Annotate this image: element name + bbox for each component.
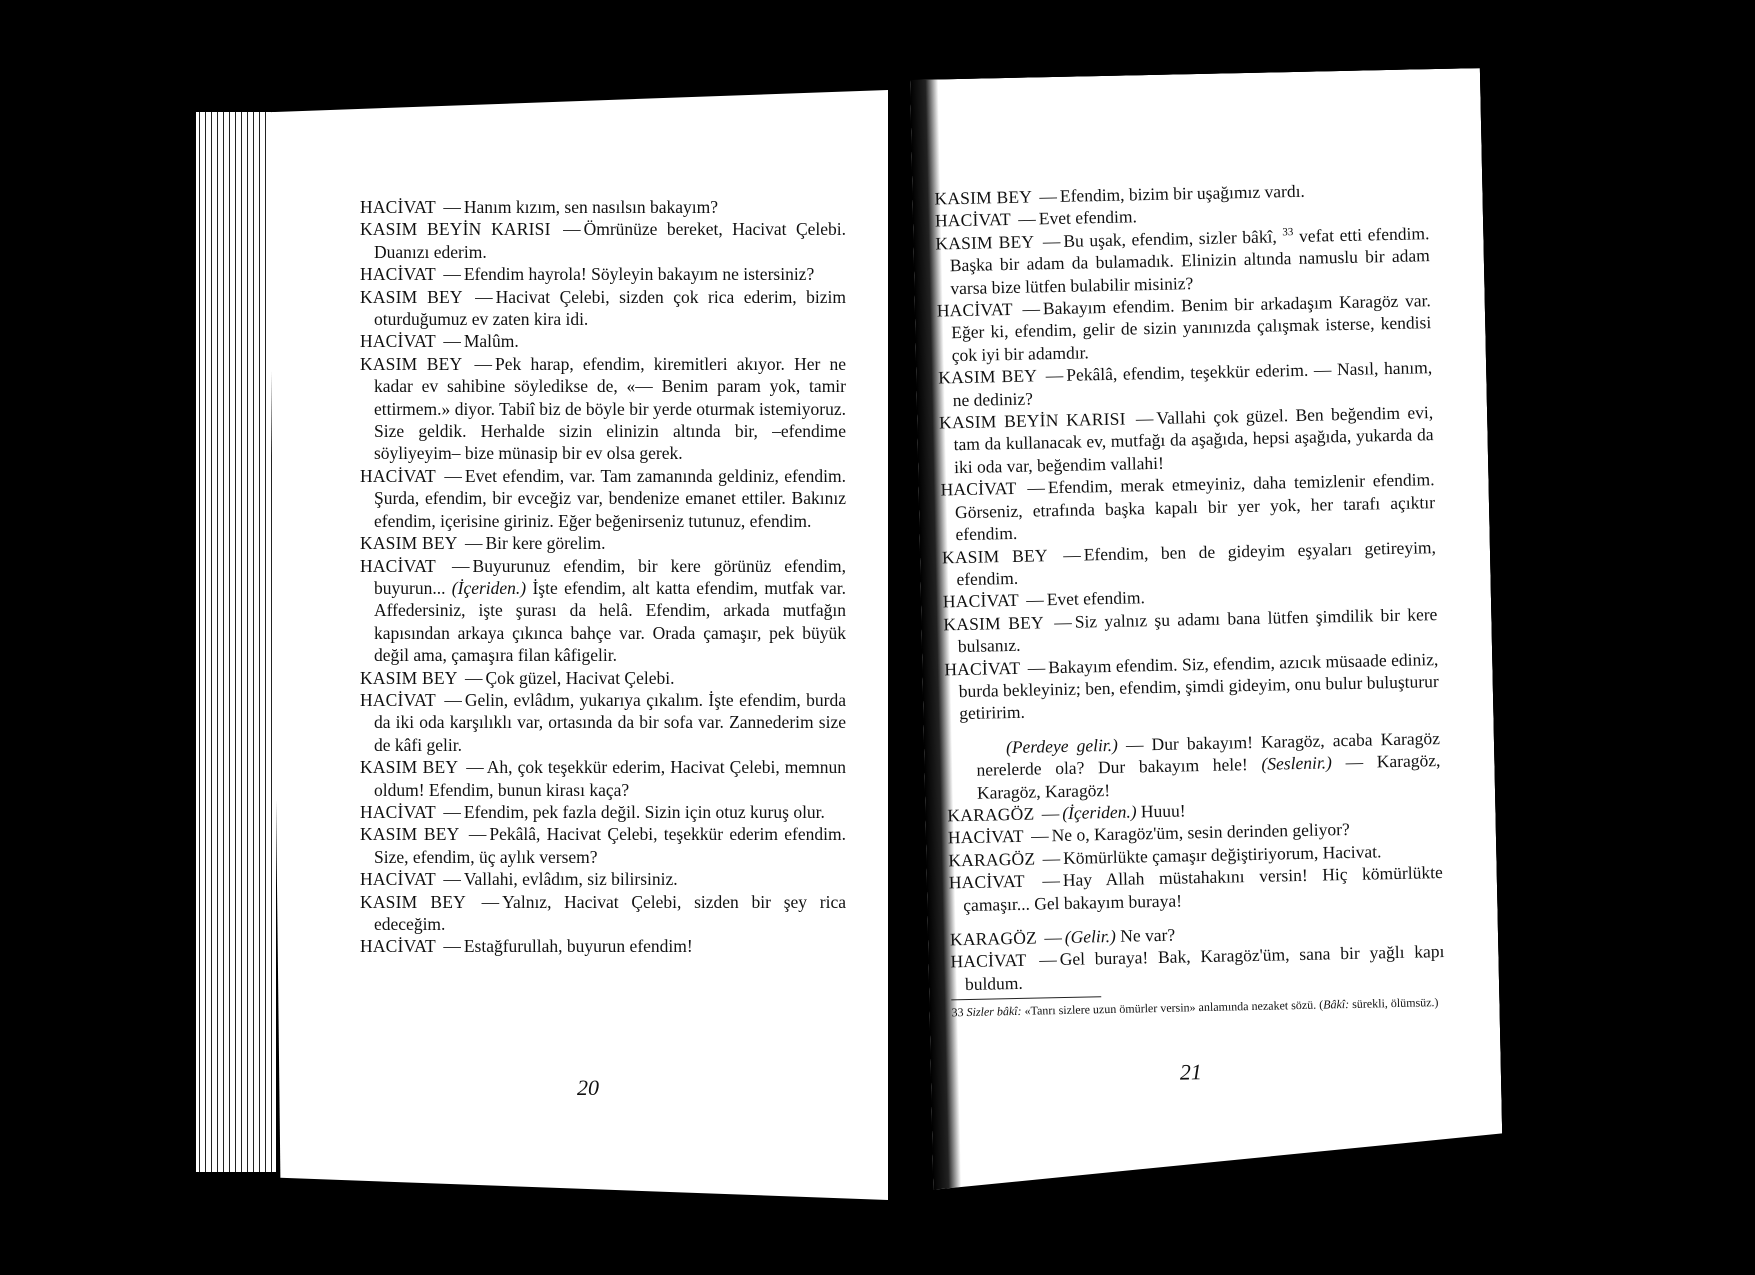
- speaker-name: KASIM BEYİN KARISI: [360, 219, 551, 239]
- dialogue-line: HACİVAT —Estağfurullah, buyurun efendim!: [360, 935, 846, 957]
- em-dash: —: [1063, 544, 1081, 564]
- speaker-name: KASIM BEY: [935, 231, 1034, 253]
- speech-text: Çok güzel, Hacivat Çelebi.: [485, 668, 674, 688]
- speech-text-continued: İşte efendim, alt katta efendim, mutfak …: [374, 578, 846, 665]
- em-dash: —: [443, 936, 461, 956]
- em-dash: —: [444, 690, 462, 710]
- em-dash: —: [452, 556, 470, 576]
- speaker-name: KARAGÖZ: [947, 804, 1034, 826]
- em-dash: —: [469, 824, 487, 844]
- speaker-name: HACİVAT: [360, 690, 436, 710]
- speaker-name: HACİVAT: [950, 950, 1026, 972]
- page-number-left: 20: [558, 1075, 618, 1101]
- em-dash: —: [443, 197, 461, 217]
- stage-note: (İçeriden.): [452, 578, 526, 598]
- em-dash: —: [563, 219, 581, 239]
- speech-text-continued: Ne var?: [1120, 925, 1175, 946]
- dialogue-line: KASIM BEYİN KARISI —Ömrünüze bereket, Ha…: [360, 218, 846, 263]
- em-dash: —: [1026, 590, 1044, 610]
- speaker-name: HACİVAT: [360, 331, 436, 351]
- em-dash: —: [1054, 611, 1072, 631]
- dialogue-line: HACİVAT —Buyurunuz efendim, bir kere gör…: [360, 555, 846, 667]
- dialogue-line: HACİVAT —Efendim hayrola! Söyleyin bakay…: [360, 263, 846, 285]
- speech-text: Efendim hayrola! Söyleyin bakayım ne ist…: [464, 264, 814, 284]
- speaker-name: KASIM BEYİN KARISI: [939, 409, 1126, 433]
- em-dash: —: [443, 264, 461, 284]
- dialogue-line: KASIM BEY —Bir kere görelim.: [360, 532, 846, 554]
- em-dash: —: [1039, 186, 1057, 206]
- speech-text: Vallahi, evlâdım, siz bilirsiniz.: [464, 869, 678, 889]
- dialogue-line: HACİVAT —Hanım kızım, sen nasılsın bakay…: [360, 196, 846, 218]
- em-dash: —: [1136, 408, 1154, 428]
- dialogue-line: HACİVAT —Efendim, merak etmeyiniz, daha …: [940, 468, 1435, 546]
- stage-note: (İçeriden.): [1062, 801, 1137, 823]
- dialogue-line: HACİVAT —Gelin, evlâdım, yukarıya çıkalı…: [360, 689, 846, 756]
- footnote-number: 33: [951, 1005, 963, 1019]
- speaker-name: KASIM BEY: [934, 186, 1032, 208]
- dialogue-line: KASIM BEY —Yalnız, Hacivat Çelebi, sizde…: [360, 891, 846, 936]
- speaker-name: HACİVAT: [943, 590, 1019, 612]
- speech-text: Hay Allah müstahakını versin! Hiç kömürl…: [963, 862, 1443, 914]
- stage-note: (Seslenir.): [1261, 752, 1332, 773]
- dialogue-line: HACİVAT —Evet efendim, var. Tam zamanınd…: [360, 465, 846, 532]
- page-number-right: 21: [1161, 1059, 1222, 1086]
- footnote-gloss: sürekli, ölümsüz.: [1352, 995, 1435, 1011]
- speaker-name: HACİVAT: [935, 209, 1011, 231]
- speaker-name: KASIM BEY: [360, 892, 466, 912]
- speaker-name: HACİVAT: [360, 197, 436, 217]
- dialogue-line: HACİVAT —Bakayım efendim. Siz, efendim, …: [944, 648, 1439, 726]
- stage-note: (Gelir.): [1065, 926, 1116, 947]
- em-dash: —: [1027, 478, 1045, 498]
- dialogue-line: KASIM BEY —Ah, çok teşekkür ederim, Haci…: [360, 756, 846, 801]
- em-dash: —: [443, 331, 461, 351]
- speaker-name: KASIM BEY: [360, 287, 463, 307]
- em-dash: —: [1043, 231, 1061, 251]
- speech-text: Evet efendim.: [1039, 207, 1138, 229]
- footnote-gloss-term: Bâkî:: [1323, 997, 1349, 1012]
- speaker-name: KARAGÖZ: [948, 848, 1035, 870]
- footnote-term: Sizler bâkî:: [966, 1004, 1021, 1019]
- speaker-name: HACİVAT: [948, 826, 1024, 848]
- em-dash: —: [443, 802, 461, 822]
- em-dash: —: [465, 668, 483, 688]
- speech-text: Malûm.: [464, 331, 519, 351]
- em-dash: —: [475, 287, 493, 307]
- speaker-name: KASIM BEY: [943, 612, 1044, 634]
- em-dash: —: [1028, 657, 1046, 677]
- right-page-dialogue: KASIM BEY —Efendim, bizim bir uşağımız v…: [934, 177, 1445, 995]
- speaker-name: HACİVAT: [937, 299, 1013, 321]
- em-dash: —: [1039, 950, 1057, 970]
- em-dash: —: [1018, 209, 1036, 229]
- footnote-divider: [951, 996, 1101, 1000]
- speaker-name: HACİVAT: [944, 657, 1020, 679]
- em-dash: —: [1031, 826, 1049, 846]
- speech-text-continued: Huuu!: [1141, 800, 1186, 821]
- speaker-name: HACİVAT: [360, 936, 436, 956]
- speech-text: Bu uşak, efendim, sizler bâkî,: [1063, 226, 1277, 250]
- speaker-name: HACİVAT: [360, 264, 436, 284]
- speaker-name: KASIM BEY: [360, 354, 462, 374]
- em-dash: —: [444, 466, 462, 486]
- speech-text: Efendim, bizim bir uşağımız vardı.: [1060, 181, 1305, 206]
- speech-text: Gel buraya! Bak, Karagöz'üm, sana bir ya…: [965, 941, 1445, 993]
- speaker-name: KASIM BEY: [942, 545, 1048, 567]
- em-dash: —: [1042, 848, 1060, 868]
- right-page: KASIM BEY —Efendim, bizim bir uşağımız v…: [910, 68, 1503, 1190]
- speaker-name: HACİVAT: [940, 478, 1016, 500]
- dialogue-line: KASIM BEY —Pek harap, efendim, kiremitle…: [360, 353, 846, 465]
- speaker-name: HACİVAT: [360, 802, 436, 822]
- em-dash: —: [1022, 298, 1040, 318]
- stage-note: (Perdeye gelir.): [1006, 735, 1118, 757]
- dialogue-line: HACİVAT —Hay Allah müstahakını versin! H…: [949, 861, 1444, 916]
- dialogue-line: KASIM BEY —Pekâlâ, Hacivat Çelebi, teşek…: [360, 823, 846, 868]
- speaker-name: KASIM BEY: [360, 824, 460, 844]
- speaker-name: KASIM BEY: [360, 533, 458, 553]
- dialogue-line: KASIM BEY —Çok güzel, Hacivat Çelebi.: [360, 667, 846, 689]
- left-page-dialogue: HACİVAT —Hanım kızım, sen nasılsın bakay…: [360, 196, 846, 958]
- footnote-text: «Tanrı sizlere uzun ömürler versin» anla…: [1024, 998, 1316, 1018]
- dialogue-line: HACİVAT —Efendim, pek fazla değil. Sizin…: [360, 801, 846, 823]
- speaker-name: HACİVAT: [949, 871, 1025, 893]
- book-page-edges: [196, 112, 276, 1172]
- em-dash: —: [482, 892, 500, 912]
- dialogue-line: HACİVAT —Bakayım efendim. Benim bir arka…: [937, 289, 1432, 367]
- speaker-name: KARAGÖZ: [950, 928, 1037, 950]
- speech-text: Efendim, pek fazla değil. Sizin için otu…: [464, 802, 825, 822]
- em-dash: —: [1042, 870, 1060, 890]
- speaker-name: KASIM BEY: [360, 668, 458, 688]
- em-dash: —: [1042, 803, 1060, 823]
- dialogue-line: HACİVAT —Gel buraya! Bak, Karagöz'üm, sa…: [950, 940, 1445, 995]
- dialogue-line: KASIM BEYİN KARISI —Vallahi çok güzel. B…: [939, 401, 1434, 479]
- speaker-name: KASIM BEY: [360, 757, 458, 777]
- speaker-name: HACİVAT: [360, 466, 436, 486]
- em-dash: —: [1044, 927, 1062, 947]
- dialogue-line: KASIM BEY —Hacivat Çelebi, sizden çok ri…: [360, 286, 846, 331]
- speaker-name: HACİVAT: [360, 869, 436, 889]
- dialogue-line: HACİVAT —Malûm.: [360, 330, 846, 352]
- speech-text: Hanım kızım, sen nasılsın bakayım?: [464, 197, 718, 217]
- speaker-name: KASIM BEY: [938, 366, 1037, 388]
- speech-text: Evet efendim.: [1047, 588, 1146, 610]
- em-dash: —: [466, 757, 484, 777]
- em-dash: —: [1046, 365, 1064, 385]
- footnote-reference: 33: [1282, 226, 1293, 238]
- stage-direction: (Perdeye gelir.) — Dur bakayım! Karagöz,…: [946, 727, 1441, 805]
- left-page: HACİVAT —Hanım kızım, sen nasılsın bakay…: [268, 90, 888, 1200]
- dialogue-line: HACİVAT —Vallahi, evlâdım, siz bilirsini…: [360, 868, 846, 890]
- em-dash: —: [465, 533, 483, 553]
- em-dash: —: [475, 354, 493, 374]
- speech-text: Bir kere görelim.: [485, 533, 605, 553]
- speaker-name: HACİVAT: [360, 556, 436, 576]
- speech-text: Estağfurullah, buyurun efendim!: [464, 936, 693, 956]
- em-dash: —: [443, 869, 461, 889]
- dialogue-line: KASIM BEY —Bu uşak, efendim, sizler bâkî…: [935, 222, 1430, 300]
